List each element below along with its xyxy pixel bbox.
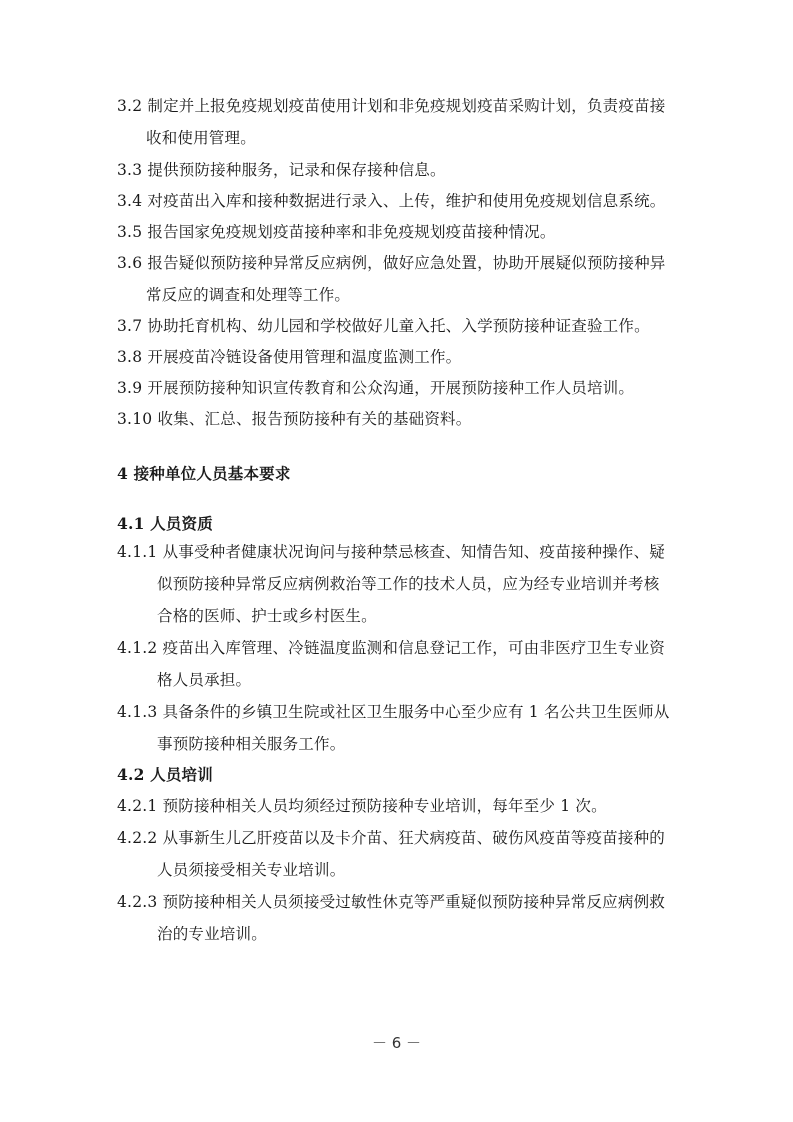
text-line: 3.2 制定并上报免疫规划疫苗使用计划和非免疫规划疫苗采购计划，负责疫苗接 — [117, 96, 665, 116]
text-line: 3.3 提供预防接种服务，记录和保存接种信息。 — [117, 160, 446, 180]
text-line: 3.6 报告疑似预防接种异常反应病例，做好应急处置，协助开展疑似预防接种异 — [117, 253, 665, 273]
text-line: 3.4 对疫苗出入库和接种数据进行录入、上传，维护和使用免疫规划信息系统。 — [117, 191, 665, 211]
text-line: 4.1.3 具备条件的乡镇卫生院或社区卫生服务中心至少应有 1 名公共卫生医师从 — [117, 702, 670, 722]
text-line: 3.7 协助托育机构、幼儿园和学校做好儿童入托、入学预防接种证查验工作。 — [117, 316, 650, 336]
text-line: 3.5 报告国家免疫规划疫苗接种率和非免疫规划疫苗接种情况。 — [117, 222, 556, 242]
text-line: 人员须接受相关专业培训。 — [157, 860, 345, 880]
text-line: 3.9 开展预防接种知识宣传教育和公众沟通，开展预防接种工作人员培训。 — [117, 378, 634, 398]
text-line: 治的专业培训。 — [157, 924, 267, 944]
page-number: － 6 － — [0, 1032, 793, 1053]
text-line: 4.2.2 从事新生儿乙肝疫苗以及卡介苗、狂犬病疫苗、破伤风疫苗等疫苗接种的 — [117, 828, 665, 848]
text-line: 3.8 开展疫苗冷链设备使用管理和温度监测工作。 — [117, 347, 461, 367]
text-line: 常反应的调查和处理等工作。 — [146, 285, 350, 305]
text-line: 事预防接种相关服务工作。 — [157, 734, 345, 754]
text-line: 似预防接种异常反应病例救治等工作的技术人员，应为经专业培训并考核 — [157, 574, 659, 594]
text-line: 收和使用管理。 — [146, 128, 256, 148]
text-line: 4.2.3 预防接种相关人员须接受过敏性休克等严重疑似预防接种异常反应病例救 — [117, 892, 665, 912]
section-heading: 4 接种单位人员基本要求 — [117, 464, 291, 484]
text-line: 4.1.2 疫苗出入库管理、冷链温度监测和信息登记工作，可由非医疗卫生专业资 — [117, 638, 665, 658]
text-line: 3.10 收集、汇总、报告预防接种有关的基础资料。 — [117, 409, 471, 429]
text-line: 4.1.1 从事受种者健康状况询问与接种禁忌核查、知情告知、疫苗接种操作、疑 — [117, 542, 665, 562]
text-line: 格人员承担。 — [157, 670, 251, 690]
text-line: 4.2.1 预防接种相关人员均须经过预防接种专业培训，每年至少 1 次。 — [117, 796, 607, 816]
section-heading: 4.1 人员资质 — [117, 514, 213, 534]
section-heading: 4.2 人员培训 — [117, 765, 213, 785]
text-line: 合格的医师、护士或乡村医生。 — [157, 606, 377, 626]
